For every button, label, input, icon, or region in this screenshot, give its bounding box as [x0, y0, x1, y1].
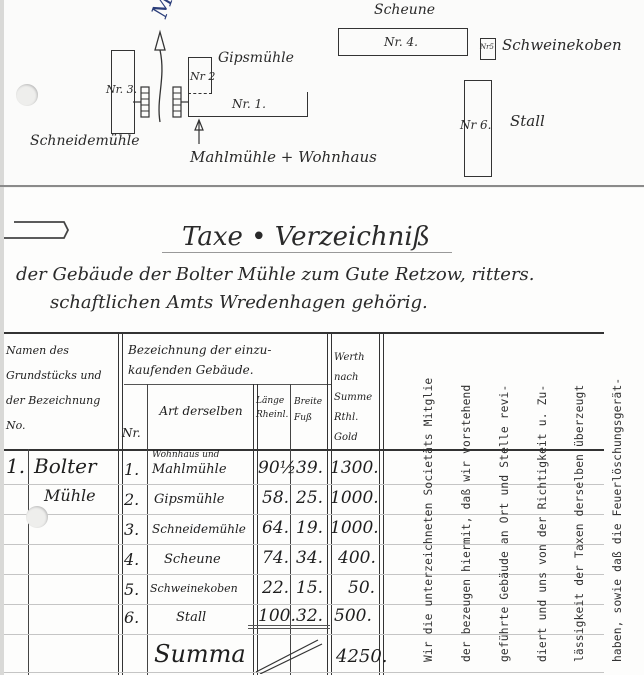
- row-1-laenge: 90½: [258, 458, 296, 478]
- attestation-line: haben, sowie daß die Feuerlöschungsgerät…: [612, 378, 625, 662]
- sum-value: 4250.: [336, 646, 388, 667]
- estate-number: 1.: [6, 454, 25, 478]
- row-4-laenge: 74.: [262, 548, 289, 568]
- label-top-arrow: M: [148, 0, 179, 21]
- header-art: Art derselben: [154, 398, 248, 424]
- row-3-art: Schneidemühle: [152, 522, 246, 536]
- sum-label: Summa: [154, 640, 246, 668]
- building-nr6-label: Nr 6.: [460, 118, 492, 132]
- attestation-text: Wir die unterzeichneten Societäts Mitgli…: [398, 378, 644, 662]
- row-5-laenge: 22.: [262, 578, 289, 598]
- col-border-nr: [147, 384, 148, 675]
- row-6-laenge: 100.: [258, 606, 296, 626]
- attestation-line: diert und uns von der Richtigkeit u. Zu-: [537, 378, 550, 662]
- waterwheel-left-icon: [133, 86, 151, 118]
- label-schneidemuehle: Schneidemühle: [30, 133, 140, 149]
- attestation-line: der bezeugen hiermit, daß wir vorstehend: [461, 378, 474, 662]
- sketch-divider: [0, 185, 644, 187]
- label-mahlmuehle-wohnhaus: Mahlmühle + Wohnhaus: [190, 148, 377, 166]
- col-border-taxe: [379, 332, 384, 675]
- attestation-line: geführte Gebäude an Ort und Stelle revi-: [499, 378, 512, 662]
- row-2-laenge: 58.: [262, 488, 289, 508]
- table-top-border: [4, 332, 604, 334]
- row-4-taxe: 400.: [338, 548, 376, 568]
- header-breite: Breite Fuß: [294, 394, 328, 426]
- row-4-nr: 4.: [124, 550, 139, 569]
- row-3-nr: 3.: [124, 520, 139, 539]
- row-5-taxe: 50.: [348, 578, 375, 598]
- col-border-name: [118, 332, 123, 675]
- row-2-breite: 25.: [296, 488, 323, 508]
- label-scheune: Scheune: [374, 2, 435, 18]
- row-5-art: Schweinekoben: [150, 582, 238, 595]
- attestation-line: lässigkeit der Taxen derselben überzeugt: [574, 378, 587, 662]
- building-nr5-label: Nr5: [480, 43, 494, 51]
- col-border-laenge: [290, 384, 291, 675]
- title-underline: [162, 252, 452, 253]
- header-taxe: Werth nach Summe Rthl. Gold: [334, 348, 378, 448]
- header-name: Namen des Grundstücks und der Bezeichnun…: [6, 338, 114, 438]
- row-6-nr: 6.: [124, 608, 139, 627]
- punch-hole: [26, 506, 48, 528]
- row-1-art-line1: Wohnhaus und: [152, 450, 219, 460]
- row-2-taxe: 1000.: [330, 488, 379, 508]
- row-2-art: Gipsmühle: [154, 492, 224, 507]
- paper-clip-icon: [4, 216, 70, 240]
- row-1-nr: 1.: [124, 460, 139, 479]
- building-nr2-label: Nr 2: [190, 70, 215, 83]
- building-nr4-label: Nr. 4.: [384, 35, 418, 49]
- sum-strike-icon: [254, 636, 324, 674]
- row-3-breite: 19.: [296, 518, 323, 538]
- row-6-art: Stall: [176, 610, 206, 625]
- subheader-border: [124, 384, 331, 385]
- attestation-line: Wir die unterzeichneten Societäts Mitgli…: [423, 378, 436, 662]
- punch-hole: [16, 84, 38, 106]
- header-group: Bezeichnung der einzu- kaufenden Gebäude…: [128, 340, 324, 380]
- row-1-taxe: 1300.: [330, 458, 379, 478]
- row-2-nr: 2.: [124, 490, 139, 509]
- estate-name-line1: Bolter: [34, 454, 97, 478]
- row-3-laenge: 64.: [262, 518, 289, 538]
- row-6-taxe: 500.: [334, 606, 372, 626]
- row-4-art: Scheune: [164, 552, 221, 567]
- label-stall: Stall: [510, 112, 545, 130]
- row-3-taxe: 1000.: [330, 518, 379, 538]
- site-sketch: M Nr. 3. Nr 2 Nr. 1. Gipsmühle Schneidem…: [4, 0, 644, 186]
- row-1-breite: 39.: [296, 458, 323, 478]
- header-laenge: Länge Rheinl.: [256, 394, 290, 422]
- header-nr: Nr.: [122, 426, 141, 440]
- row-5-breite: 15.: [296, 578, 323, 598]
- row-1-art: Mahlmühle: [152, 462, 227, 477]
- col-border-estate-number: [28, 449, 29, 675]
- row-6-breite: 32.: [296, 606, 323, 626]
- entrance-arrow-icon: [193, 118, 205, 144]
- row-5-nr: 5.: [124, 580, 139, 599]
- row-4-breite: 34.: [296, 548, 323, 568]
- estate-name-line2: Mühle: [44, 486, 96, 505]
- document-subtitle-line1: der Gebäude der Bolter Mühle zum Gute Re…: [16, 264, 535, 285]
- label-schweinekoben: Schweinekoben: [502, 36, 622, 54]
- label-gipsmuehle: Gipsmühle: [218, 50, 294, 66]
- building-nr1-label: Nr. 1.: [232, 97, 266, 111]
- col-border-art: [253, 384, 258, 675]
- north-arrow-icon: [152, 28, 172, 124]
- sum-rule-second: [248, 628, 330, 629]
- document-subtitle-line2: schaftlichen Amts Wredenhagen gehörig.: [50, 292, 428, 313]
- document-title: Taxe • Verzeichniß: [182, 222, 430, 252]
